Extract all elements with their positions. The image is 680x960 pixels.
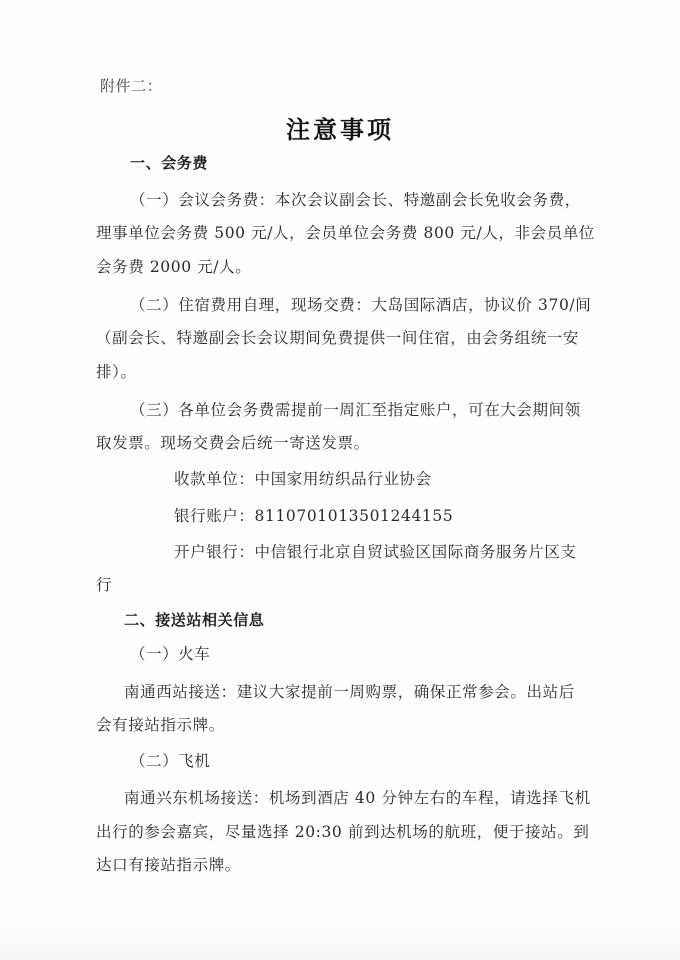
fee-para-1-line-2: 理事单位会务费 500 元/人，会员单位会务费 800 元/人，非会员单位 [96, 221, 595, 243]
bank-value-cont: 行 [96, 573, 112, 595]
payee-row: 收款单位：中国家用纺织品行业协会 [174, 467, 432, 489]
account-row: 银行账户：8110701013501244155 [174, 504, 453, 526]
plane-line-3: 达口有接站指示牌。 [96, 853, 241, 875]
section-heading-transfer: 二、接送站相关信息 [124, 609, 264, 630]
train-subheading: （一）火车 [130, 642, 211, 664]
train-line-2: 会有接站指示牌。 [96, 713, 225, 735]
fee-para-3-line-1: （三）各单位会务费需提前一周汇至指定账户，可在大会期间领 [130, 398, 581, 420]
page-title: 注意事项 [0, 110, 680, 145]
plane-subheading: （二）飞机 [130, 749, 211, 771]
payee-value: 中国家用纺织品行业协会 [255, 470, 432, 488]
payee-label: 收款单位： [174, 470, 255, 488]
bank-label: 开户银行： [174, 543, 255, 561]
fee-para-3-line-2: 取发票。现场交费会后统一寄送发票。 [96, 431, 370, 453]
attachment-label: 附件二： [100, 75, 162, 96]
bank-row: 开户银行：中信银行北京自贸试验区国际商务服务片区支 [174, 540, 577, 562]
plane-line-1: 南通兴东机场接送：机场到酒店 40 分钟左右的车程，请选择飞机 [124, 786, 591, 808]
fee-para-2-line-1: （二）住宿费用自理，现场交费：大岛国际酒店，协议价 370/间 [130, 293, 591, 315]
fee-para-1-line-3: 会务费 2000 元/人。 [96, 255, 251, 277]
account-value: 8110701013501244155 [255, 507, 454, 525]
section-heading-fees: 一、会务费 [130, 152, 208, 173]
plane-line-2: 出行的参会嘉宾，尽量选择 20:30 前到达机场的航班，便于接站。到 [96, 820, 589, 842]
fee-para-1-line-1: （一）会议会务费：本次会议副会长、特邀副会长免收会务费， [130, 188, 581, 210]
fee-para-2-line-3: 排）。 [96, 360, 137, 382]
scan-shadow [0, 920, 680, 960]
bank-value: 中信银行北京自贸试验区国际商务服务片区支 [255, 543, 577, 561]
train-line-1: 南通西站接送：建议大家提前一周购票，确保正常参会。出站后 [124, 680, 575, 702]
document-page: 附件二： 注意事项 一、会务费 （一）会议会务费：本次会议副会长、特邀副会长免收… [0, 0, 680, 960]
fee-para-2-line-2: （副会长、特邀副会长会议期间免费提供一间住宿，由会务组统一安 [96, 326, 579, 348]
account-label: 银行账户： [174, 507, 255, 525]
